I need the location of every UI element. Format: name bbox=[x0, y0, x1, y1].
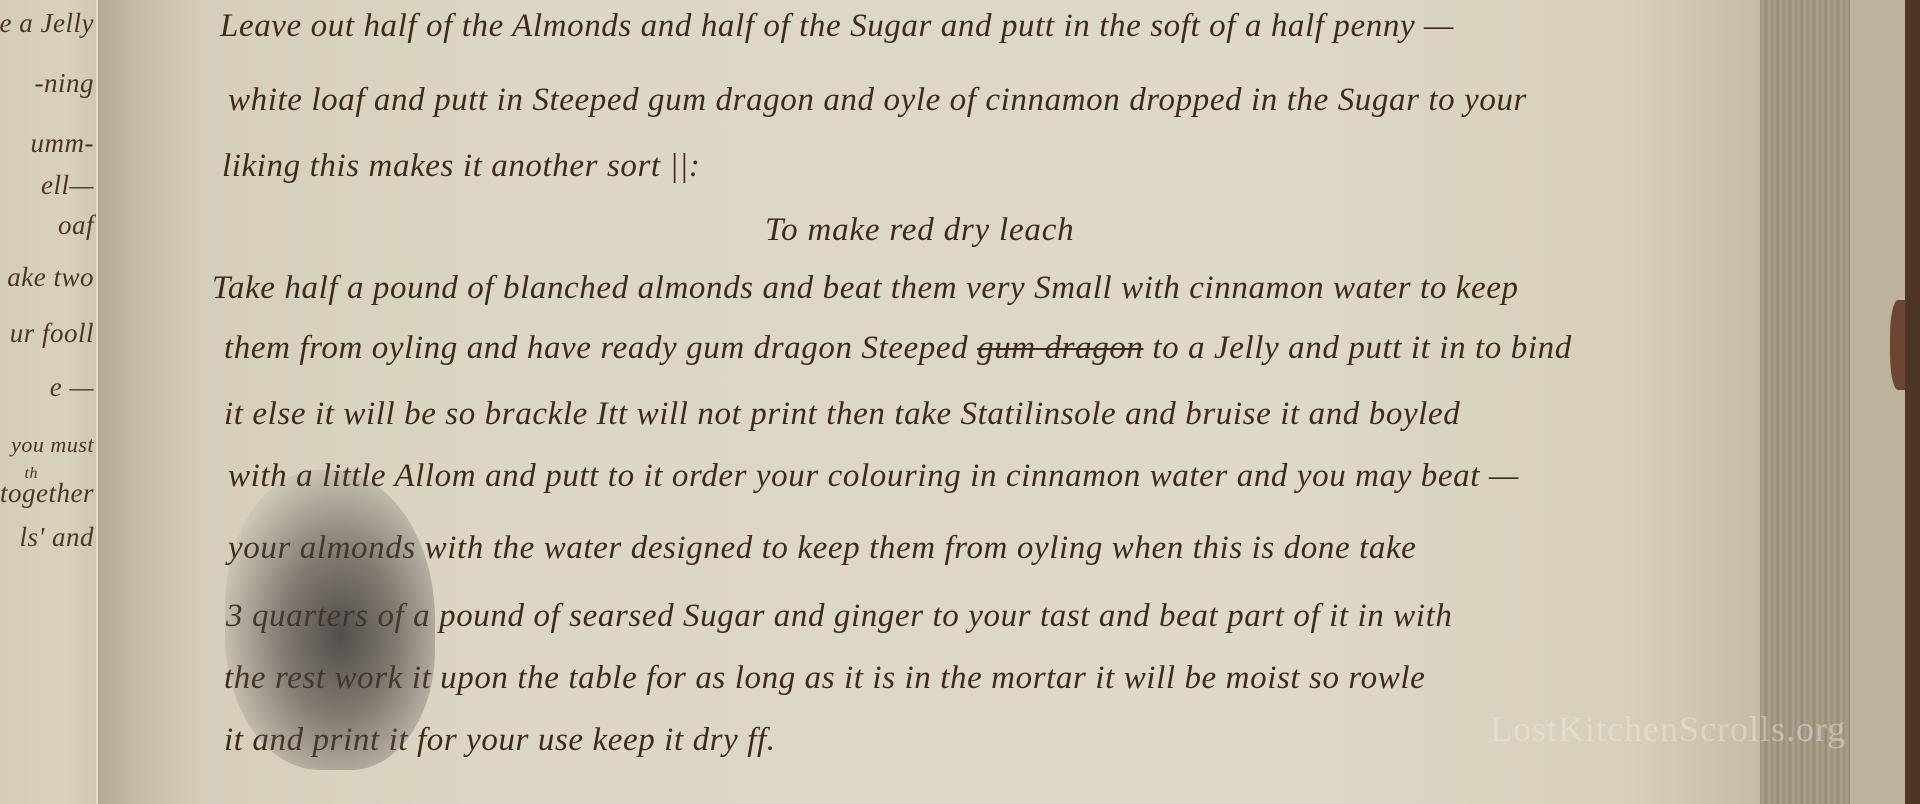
left-page-fragment: ell— bbox=[41, 170, 94, 201]
left-page-fragment: e a Jelly bbox=[0, 8, 94, 39]
recipe-line: with a little Allom and putt to it order… bbox=[228, 458, 1519, 495]
left-page-fragment: ls' and bbox=[19, 522, 94, 553]
left-page-fragment: e — bbox=[50, 372, 94, 403]
left-page-fragment: umm- bbox=[31, 128, 95, 159]
recipe-line: it and print it for your use keep it dry… bbox=[224, 722, 776, 759]
recipe-line-text: to a Jelly and putt it in to bind bbox=[1144, 330, 1572, 366]
recipe-line: the rest work it upon the table for as l… bbox=[224, 660, 1425, 697]
recipe-line-text: them from oyling and have ready gum drag… bbox=[224, 330, 977, 366]
left-page-fragment: together bbox=[0, 478, 94, 509]
page-block-edges bbox=[1760, 0, 1850, 804]
leather-cover bbox=[1905, 0, 1920, 804]
recipe-line: them from oyling and have ready gum drag… bbox=[224, 330, 1572, 367]
text-line: Leave out half of the Almonds and half o… bbox=[220, 8, 1454, 45]
struck-out-text: gum dragon bbox=[977, 330, 1143, 366]
recipe-line: Take half a pound of blanched almonds an… bbox=[212, 270, 1519, 307]
text-line: liking this makes it another sort ||: bbox=[222, 148, 700, 185]
left-page-fragment: ake two bbox=[7, 262, 94, 293]
recipe-line: 3 quarters of a pound of searsed Sugar a… bbox=[226, 598, 1452, 635]
left-page-fragment: ur fooll bbox=[10, 318, 94, 349]
recipe-line: it else it will be so brackle Itt will n… bbox=[224, 396, 1460, 433]
text-line: white loaf and putt in Steeped gum drago… bbox=[228, 82, 1527, 119]
recipe-line: your almonds with the water designed to … bbox=[228, 530, 1416, 567]
left-page-fragment: you must bbox=[11, 432, 94, 458]
endpaper bbox=[1850, 0, 1905, 804]
book-gutter bbox=[98, 0, 210, 804]
left-facing-page: e a Jelly -ning umm- ell— oaf ake two ur… bbox=[0, 0, 98, 804]
left-page-fragment: oaf bbox=[58, 210, 94, 241]
recipe-title: To make red dry leach bbox=[765, 212, 1074, 249]
left-page-fragment: -ning bbox=[35, 68, 95, 99]
watermark: LostKitchenScrolls.org bbox=[1490, 708, 1846, 750]
